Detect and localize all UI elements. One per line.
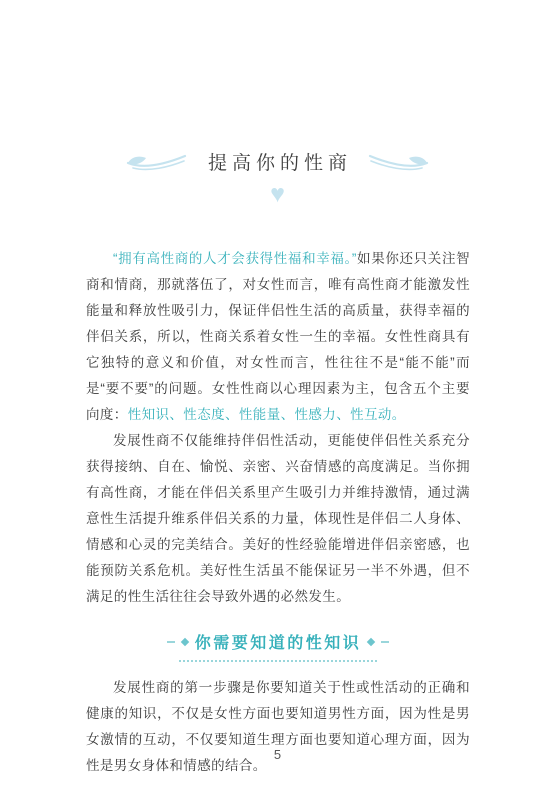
section-heading-text: 你需要知道的性知识 bbox=[195, 630, 362, 653]
paragraph-2: 发展性商不仅能维持伴侣性活动，更能使伴侣性关系充分获得接纳、自在、愉悦、亲密、兴… bbox=[86, 428, 470, 610]
page-number: 5 bbox=[0, 747, 555, 762]
section-heading: 你需要知道的性知识 bbox=[86, 630, 470, 653]
paragraph-3: 发展性商的第一步骤是你要知道关于性或性活动的正确和健康的知识，不仅是女性方面也要… bbox=[86, 675, 470, 779]
chapter-title: 提高你的性商 bbox=[203, 148, 352, 175]
five-dimensions-highlight: 性知识、性态度、性能量、性感力、性互动。 bbox=[128, 407, 406, 422]
dash-left-icon bbox=[167, 641, 175, 643]
paragraph-1-text: 如果你还只关注智商和情商，那就落伍了，对女性而言，唯有高性商才能激发性能量和释放… bbox=[86, 251, 470, 422]
diamond-left-icon bbox=[180, 637, 188, 645]
book-page: 提高你的性商 ♥ “拥有高性商的人才会获得性福和幸福。”如果你还只关注智商和情商… bbox=[0, 0, 555, 794]
page-content: “拥有高性商的人才会获得性福和幸福。”如果你还只关注智商和情商，那就落伍了，对女… bbox=[86, 246, 470, 779]
opening-quote-highlight: “拥有高性商的人才会获得性福和幸福。” bbox=[113, 251, 357, 266]
paragraph-1: “拥有高性商的人才会获得性福和幸福。”如果你还只关注智商和情商，那就落伍了，对女… bbox=[86, 246, 470, 428]
chapter-header: 提高你的性商 bbox=[0, 148, 555, 175]
dash-right-icon bbox=[381, 641, 389, 643]
diamond-right-icon bbox=[367, 637, 375, 645]
flourish-right-icon bbox=[368, 152, 430, 172]
heart-icon: ♥ bbox=[0, 182, 555, 207]
flourish-left-icon bbox=[125, 152, 187, 172]
dotted-divider bbox=[179, 660, 377, 662]
